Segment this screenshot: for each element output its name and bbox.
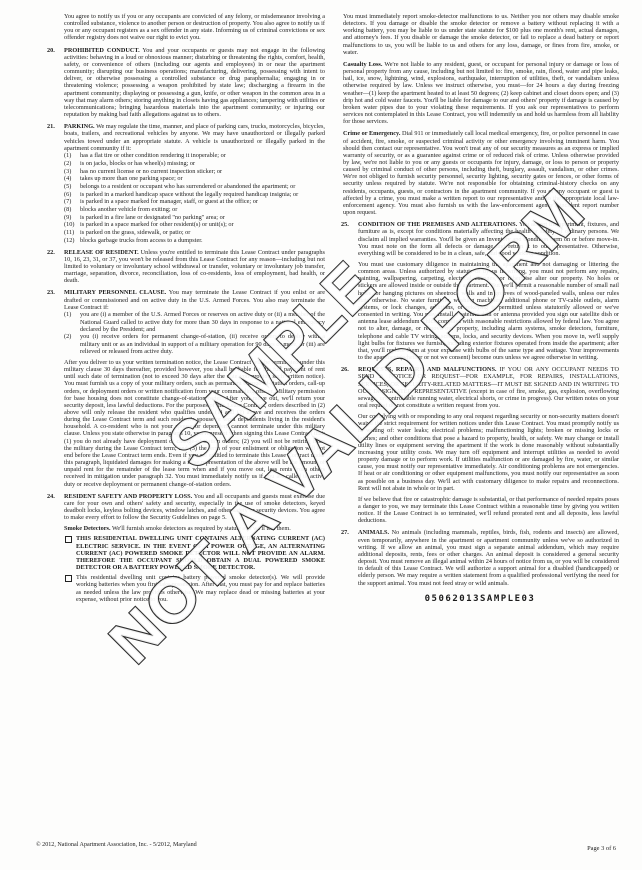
parking-item: (2)is on jacks, blocks or has wheel(s) m… — [64, 160, 325, 167]
parking-item: (10)is parked in a space marked for othe… — [64, 221, 325, 228]
criminal-conviction-notice-paragraph: You agree to notify us if you or any occ… — [64, 13, 325, 42]
smoke-detectors-paragraph: Smoke Detectors. We'll furnish smoke det… — [64, 525, 325, 532]
section-title: MILITARY PERSONNEL CLAUSE. — [64, 289, 166, 296]
section-body: IF YOU OR ANY OCCUPANT NEEDS TO SEND A N… — [358, 366, 619, 409]
section-title: RELEASE OF RESIDENT. — [64, 249, 139, 256]
parking-item: (7)is parked in a space marked for manag… — [64, 198, 325, 205]
catastrophic-damage-paragraph: If we believe that fire or catastrophic … — [358, 496, 619, 525]
section-title: REQUESTS, REPAIRS, AND MALFUNCTIONS. — [358, 366, 497, 373]
section-23-military-personnel-clause: 23. MILITARY PERSONNEL CLAUSE. You may t… — [47, 289, 325, 487]
smoke-detectors-subhead: Smoke Detectors. — [64, 525, 111, 532]
parking-item: (6)is parked in a marked handicap space … — [64, 191, 325, 198]
section-21-parking: 21. PARKING. We may regulate the time, m… — [47, 123, 325, 244]
copyright-notice: © 2012, National Apartment Association, … — [36, 842, 197, 849]
ac-smoke-detector-option: THIS RESIDENTIAL DWELLING UNIT CONTAINS … — [64, 535, 325, 571]
section-title: RESIDENT SAFETY AND PROPERTY LOSS. — [64, 493, 192, 500]
smoke-detector-battery-checkbox[interactable] — [65, 575, 72, 582]
parking-item: (12)blocks garbage trucks from access to… — [64, 237, 325, 244]
left-column: You agree to notify us if you or any occ… — [47, 13, 325, 608]
section-number: 20. — [47, 47, 55, 54]
section-number: 22. — [47, 249, 55, 256]
section-body: You and your occupants or guests may not… — [64, 47, 325, 118]
section-number: 24. — [47, 493, 55, 500]
parking-item: (11)is parked on the grass, sidewalk, or… — [64, 229, 325, 236]
parking-item: (3)has no current license or no current … — [64, 168, 325, 175]
battery-smoke-detector-option: This residential dwelling unit contains … — [64, 574, 325, 603]
lease-document-page: You agree to notify us if you or any occ… — [0, 0, 642, 870]
crime-or-emergency-paragraph: Crime or Emergency. Dial 911 or immediat… — [343, 130, 619, 216]
casualty-loss-paragraph: Casualty Loss. We're not liable to any r… — [343, 61, 619, 125]
smoke-detector-ac-checkbox[interactable] — [65, 536, 72, 543]
smoke-detector-malfunction-paragraph: You must immediately report smoke-detect… — [343, 13, 619, 56]
section-24-resident-safety: 24. RESIDENT SAFETY AND PROPERTY LOSS. Y… — [47, 493, 325, 603]
section-title: PARKING. — [64, 123, 95, 130]
oral-request-paragraph: Our complying with or responding to any … — [358, 413, 619, 492]
page-number: Page 3 of 6 — [587, 845, 616, 852]
section-number: 21. — [47, 123, 55, 130]
section-25-condition-of-premises: 25. CONDITION OF THE PREMISES AND ALTERA… — [341, 221, 619, 361]
military-item: (2)you (i) receive orders for permanent … — [64, 333, 325, 354]
section-number: 26. — [341, 366, 349, 373]
section-26-requests-repairs: 26. REQUESTS, REPAIRS, AND MALFUNCTIONS.… — [341, 366, 619, 524]
section-body: We may regulate the time, manner, and pl… — [64, 123, 325, 151]
section-22-release-of-resident: 22. RELEASE OF RESIDENT. Unless you're e… — [47, 249, 325, 285]
section-number: 23. — [47, 289, 55, 296]
ac-smoke-detector-text: THIS RESIDENTIAL DWELLING UNIT CONTAINS … — [76, 535, 325, 571]
battery-smoke-detector-text: This residential dwelling unit contains … — [76, 574, 325, 602]
document-columns: You agree to notify us if you or any occ… — [47, 13, 619, 608]
customary-diligence-paragraph: You must use customary diligence in main… — [358, 261, 619, 361]
sample-form-number: 05062013SAMPLE03 — [341, 596, 619, 603]
section-title: ANIMALS. — [358, 529, 389, 536]
section-body: No animals (including mammals, reptiles,… — [358, 529, 619, 586]
casualty-loss-subhead: Casualty Loss. — [343, 61, 382, 68]
section-title: PROHIBITED CONDUCT. — [64, 47, 140, 54]
parking-item: (9)is parked in a fire lane or designate… — [64, 214, 325, 221]
section-number: 25. — [341, 221, 349, 228]
parking-item: (1)has a flat tire or other condition re… — [64, 152, 325, 159]
section-number: 27. — [341, 529, 349, 536]
crime-or-emergency-subhead: Crime or Emergency. — [343, 130, 400, 137]
military-termination-paragraph: After you deliver to us your written ter… — [64, 359, 325, 488]
section-20-prohibited-conduct: 20. PROHIBITED CONDUCT. You and your occ… — [47, 47, 325, 119]
parking-item: (5)belongs to a resident or occupant who… — [64, 183, 325, 190]
parking-item: (8)blocks another vehicle from exiting; … — [64, 206, 325, 213]
military-item: (1)you are (i) a member of the U.S. Arme… — [64, 311, 325, 332]
parking-item: (4)takes up more than one parking space;… — [64, 175, 325, 182]
right-column: You must immediately report smoke-detect… — [341, 13, 619, 608]
section-title: CONDITION OF THE PREMISES AND ALTERATION… — [358, 221, 517, 228]
section-27-animals: 27. ANIMALS. No animals (including mamma… — [341, 529, 619, 586]
